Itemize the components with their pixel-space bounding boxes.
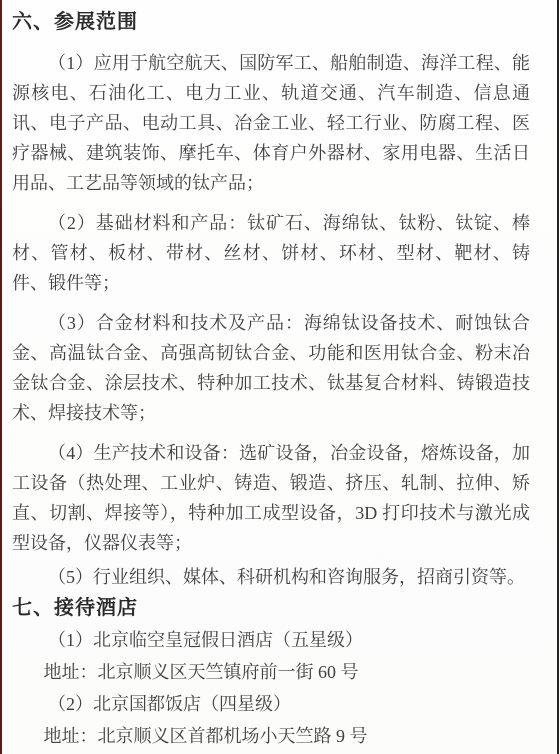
document-page: 六、参展范围 （1）应用于航空航天、国防军工、船舶制造、海洋工程、能源核电、石油… bbox=[0, 0, 560, 754]
line-hotel-2-name: （2）北京国都饭店（四星级） bbox=[12, 688, 530, 720]
para-base-materials-products: （2）基础材料和产品：钛矿石、海绵钛、钛粉、钛锭、棒材、管材、板材、带材、丝材、… bbox=[12, 208, 530, 298]
para-alloy-materials-tech: （3）合金材料和技术及产品：海绵钛设备技术、耐蚀钛合金、高温钛合金、高强高韧钛合… bbox=[12, 308, 530, 428]
line-hotel-1-name: （1）北京临空皇冠假日酒店（五星级） bbox=[12, 624, 530, 656]
right-edge-line bbox=[557, 0, 559, 754]
document-content: 六、参展范围 （1）应用于航空航天、国防军工、船舶制造、海洋工程、能源核电、石油… bbox=[12, 8, 530, 752]
heading-exhibition-scope: 六、参展范围 bbox=[12, 8, 530, 36]
left-edge-line bbox=[0, 0, 2, 754]
line-hotel-1-address: 地址：北京顺义区天竺镇府前一街 60 号 bbox=[12, 656, 530, 688]
heading-reception-hotels: 七、接待酒店 bbox=[12, 594, 530, 622]
para-industry-services: （5）行业组织、媒体、科研机构和咨询服务，招商引资等。 bbox=[12, 562, 530, 592]
para-titanium-applications: （1）应用于航空航天、国防军工、船舶制造、海洋工程、能源核电、石油化工、电力工业… bbox=[12, 48, 530, 198]
para-production-tech-equipment: （4）生产技术和设备：选矿设备，冶金设备，熔炼设备，加工设备（热处理、工业炉、铸… bbox=[12, 438, 530, 558]
line-hotel-2-address: 地址：北京顺义区首都机场小天竺路 9 号 bbox=[12, 720, 530, 752]
